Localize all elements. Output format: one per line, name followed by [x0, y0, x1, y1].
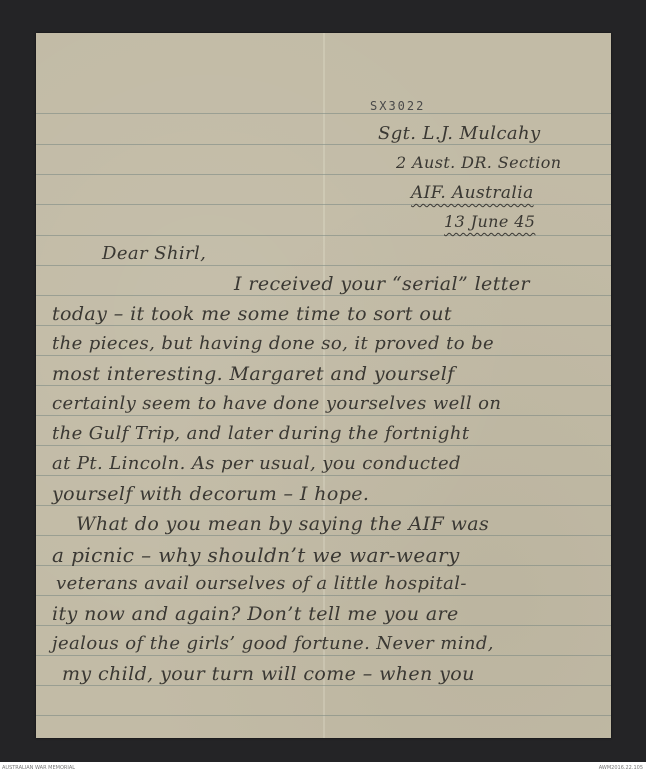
ruled-line: [36, 204, 611, 205]
body-line: yourself with decorum – I hope.: [52, 483, 369, 505]
ruled-line: [36, 475, 611, 476]
ruled-line: [36, 445, 611, 446]
body-line: the pieces, but having done so, it prove…: [52, 333, 494, 354]
sender-name: Sgt. L.J. Mulcahy: [378, 123, 541, 144]
body-line: most interesting. Margaret and yourself: [52, 363, 455, 385]
body-line: ity now and again? Don’t tell me you are: [52, 603, 459, 625]
body-line: the Gulf Trip, and later during the fort…: [52, 423, 469, 444]
body-line: I received your “serial” letter: [234, 273, 530, 295]
ruled-line: [36, 505, 611, 506]
ruled-line: [36, 295, 611, 296]
body-line: veterans avail ourselves of a little hos…: [56, 573, 467, 594]
ruled-line: [36, 113, 611, 114]
ruled-line: [36, 385, 611, 386]
body-line: my child, your turn will come – when you: [62, 663, 475, 685]
document-viewer: SX3022 Sgt. L.J. Mulcahy 2 Aust. DR. Sec…: [0, 0, 646, 762]
ruled-line: [36, 235, 611, 236]
reference-id: AWM2016.22.105: [599, 765, 643, 771]
ruled-line: [36, 535, 611, 536]
salutation: Dear Shirl,: [102, 243, 206, 264]
body-line: at Pt. Lincoln. As per usual, you conduc…: [52, 453, 461, 474]
sender-location: AIF. Australia: [411, 183, 534, 203]
body-line: certainly seem to have done yourselves w…: [52, 393, 501, 414]
credit-label: AUSTRALIAN WAR MEMORIAL: [2, 765, 75, 771]
ruled-line: [36, 415, 611, 416]
ruled-line: [36, 265, 611, 266]
body-line: a picnic – why shouldn’t we war-weary: [52, 543, 460, 567]
ruled-line: [36, 685, 611, 686]
letter-date: 13 June 45: [444, 212, 535, 231]
ruled-line: [36, 655, 611, 656]
footer: AUSTRALIAN WAR MEMORIAL AWM2016.22.105: [0, 763, 646, 773]
letter-page: SX3022 Sgt. L.J. Mulcahy 2 Aust. DR. Sec…: [36, 33, 611, 738]
ruled-line: [36, 174, 611, 175]
ruled-line: [36, 625, 611, 626]
ruled-line: [36, 144, 611, 145]
ruled-line: [36, 355, 611, 356]
ruled-line: [36, 715, 611, 716]
body-line: What do you mean by saying the AIF was: [76, 513, 489, 535]
sender-unit: 2 Aust. DR. Section: [396, 153, 561, 172]
ruled-line: [36, 325, 611, 326]
body-line: jealous of the girls’ good fortune. Neve…: [52, 633, 494, 654]
service-number: SX3022: [370, 99, 425, 113]
body-line: today – it took me some time to sort out: [52, 303, 452, 325]
ruled-line: [36, 595, 611, 596]
